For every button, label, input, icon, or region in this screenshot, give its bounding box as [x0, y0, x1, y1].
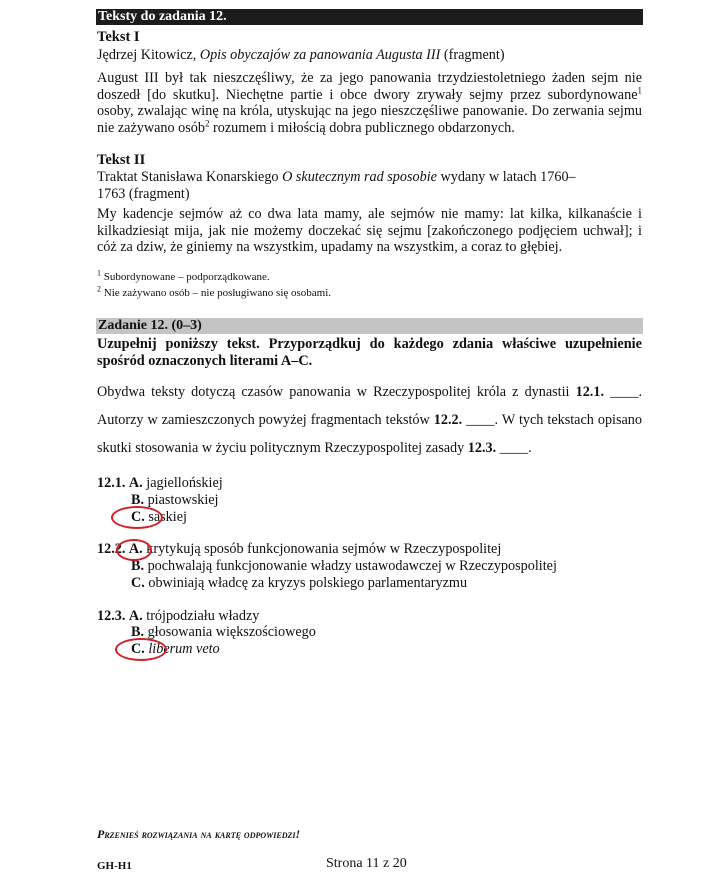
text1-body-part: rozumem i miłością dobra publicznego obd… — [209, 120, 514, 136]
text2-work-title: O skutecznym rad sposobie — [282, 169, 437, 185]
blank-ref-12-2: 12.2. — [434, 412, 462, 428]
blank-12-1[interactable]: ____ — [604, 384, 638, 400]
text1-work-title: Opis obyczajów za panowania Augusta III — [200, 47, 441, 63]
answer-mark-circle — [111, 506, 163, 529]
text2-title: Tekst II — [97, 152, 642, 169]
footnote-ref-1: 1 — [638, 85, 643, 95]
task-instruction: Uzupełnij poniższy tekst. Przyporządkuj … — [97, 336, 642, 369]
task-text: Obydwa teksty dotyczą czasów panowania w… — [97, 378, 642, 462]
note-text: Przenieś rozwiązania na kartę odpowiedzi… — [97, 827, 300, 841]
task-sentence: Autorzy w zamieszczonych powyżej fragmen… — [97, 412, 434, 428]
text2-source: Traktat Stanisława Konarskiego O skutecz… — [97, 169, 597, 202]
blank-12-2[interactable]: ____ — [462, 412, 494, 428]
option-text: jagiellońskiej — [143, 475, 223, 491]
task-sentence: Obydwa teksty dotyczą czasów panowania w… — [97, 384, 576, 400]
punct: . — [528, 440, 532, 456]
footnote-1: 1 Subordynowane – podporządkowane. — [97, 270, 642, 284]
text1-source-suffix: (fragment) — [440, 47, 504, 63]
footnote-2: 2 Nie zażywano osób – nie posługiwano si… — [97, 286, 642, 300]
text2-body: My kadencje sejmów aż co dwa lata mamy, … — [97, 206, 642, 256]
option-text: krytykują sposób funkcjonowania sejmów w… — [143, 541, 502, 557]
option-text: obwiniają władcę za kryzys polskiego par… — [145, 575, 467, 591]
task-header: Zadanie 12. (0–3) — [96, 318, 643, 334]
text1-author: Jędrzej Kitowicz, — [97, 47, 200, 63]
option-letter: C. — [131, 575, 145, 591]
option-text: głosowania większościowego — [144, 624, 316, 640]
option-text: pochwalają funkcjonowanie władzy ustawod… — [144, 558, 557, 574]
q12-2-option-c[interactable]: C. obwiniają władcę za kryzys polskiego … — [131, 575, 467, 592]
footnote-text: Nie zażywano osób – nie posługiwano się … — [101, 287, 331, 299]
footnote-text: Subordynowane – podporządkowane. — [101, 271, 270, 283]
answer-mark-circle — [116, 539, 152, 561]
option-letter: A. — [129, 608, 143, 624]
text1-title: Tekst I — [97, 29, 642, 46]
q12-1-option-a[interactable]: 12.1. A. jagiellońskiej — [97, 475, 223, 492]
question-id: 12.1. — [97, 475, 125, 491]
option-text: piastowskiej — [144, 492, 218, 508]
exam-code: GH-H1 — [97, 860, 132, 872]
question-id: 12.3. — [97, 608, 125, 624]
q12-2-option-b[interactable]: B. pochwalają funkcjonowanie władzy usta… — [131, 558, 557, 575]
section-header-texts: Teksty do zadania 12. — [96, 9, 643, 25]
blank-12-3[interactable]: ____ — [496, 440, 528, 456]
blank-ref-12-3: 12.3. — [468, 440, 496, 456]
option-letter: A. — [129, 475, 143, 491]
page-number: Strona 11 z 20 — [326, 856, 407, 872]
text2-source-prefix: Traktat Stanisława Konarskiego — [97, 169, 282, 185]
text1-body-part: August III był tak nieszczęśliwy, że za … — [97, 70, 642, 103]
answer-mark-circle — [115, 638, 167, 661]
transfer-answers-note: Przenieś rozwiązania na kartę odpowiedzi… — [97, 827, 300, 842]
text1-body: August III był tak nieszczęśliwy, że za … — [97, 70, 642, 136]
q12-2-option-a[interactable]: 12.2. A. krytykują sposób funkcjonowania… — [97, 541, 501, 558]
q12-3-option-b[interactable]: B. głosowania większościowego — [131, 624, 316, 641]
option-text: trójpodziału władzy — [143, 608, 260, 624]
punct: . — [638, 384, 642, 400]
blank-ref-12-1: 12.1. — [576, 384, 604, 400]
q12-3-option-a[interactable]: 12.3. A. trójpodziału władzy — [97, 608, 259, 625]
text1-source: Jędrzej Kitowicz, Opis obyczajów za pano… — [97, 47, 642, 64]
